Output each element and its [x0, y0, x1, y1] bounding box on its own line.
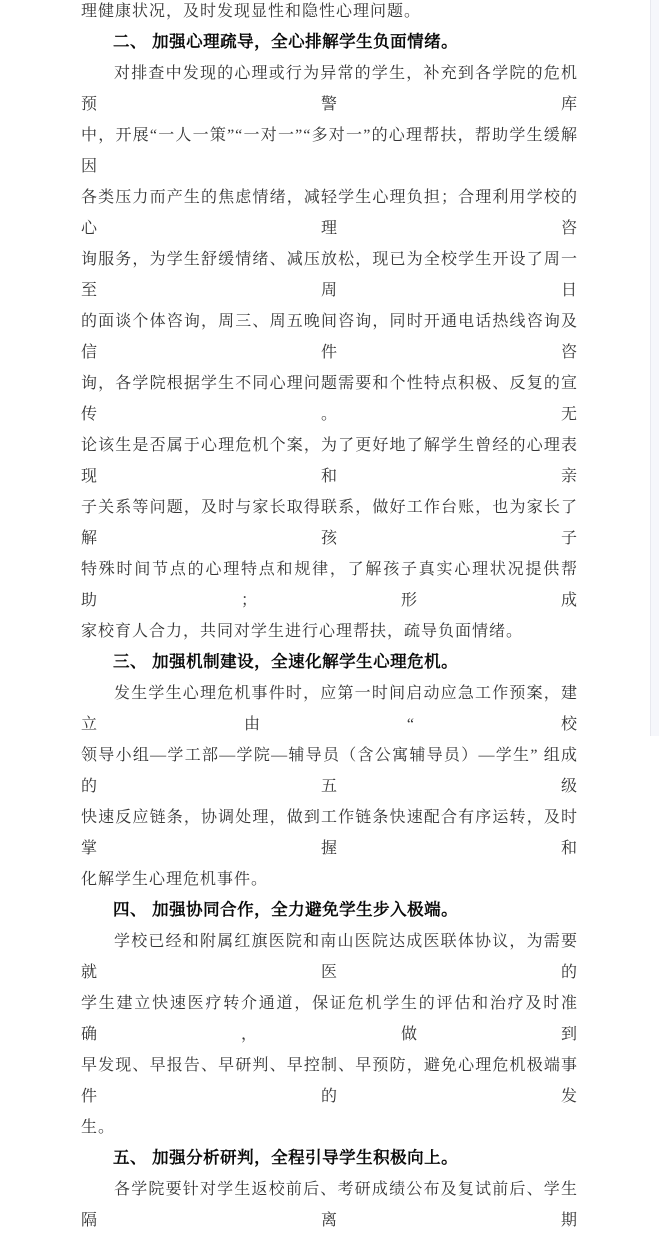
- document-page: 理健康状况，及时发现显性和隐性心理问题。 二、 加强心理疏导，全心排解学生负面情…: [0, 0, 650, 736]
- section-heading: 三、 加强机制建设，全速化解学生心理危机。: [81, 647, 578, 678]
- body-text-line: 子关系等问题，及时与家长取得联系，做好工作台账，也为家长了解孩子: [81, 492, 578, 554]
- page-edge: [650, 0, 659, 736]
- body-text-line: 询，各学院根据学生不同心理问题需要和个性特点积极、反复的宣传。无: [81, 368, 578, 430]
- body-text-line: 询服务，为学生舒缓情绪、减压放松，现已为全校学生开设了周一至周日: [81, 244, 578, 306]
- document-body: 理健康状况，及时发现显性和隐性心理问题。 二、 加强心理疏导，全心排解学生负面情…: [81, 0, 578, 736]
- body-text-line: 各类压力而产生的焦虑情绪，减轻学生心理负担；合理利用学校的心理咨: [81, 182, 578, 244]
- body-text-line: 对排查中发现的心理或行为异常的学生，补充到各学院的危机预警库: [81, 58, 578, 120]
- body-text-line: 特殊时间节点的心理特点和规律，了解孩子真实心理状况提供帮助；形成: [81, 554, 578, 616]
- body-text-line: 理健康状况，及时发现显性和隐性心理问题。: [81, 0, 578, 27]
- body-text-line: 家校育人合力，共同对学生进行心理帮扶，疏导负面情绪。: [81, 616, 578, 647]
- body-text-line: 中，开展“一人一策”“一对一”“多对一”的心理帮扶，帮助学生缓解因: [81, 120, 578, 182]
- body-text-line: 发生学生心理危机事件时，应第一时间启动应急工作预案，建立由“校: [81, 678, 578, 736]
- body-text-line: 论该生是否属于心理危机个案，为了更好地了解学生曾经的心理表现和亲: [81, 430, 578, 492]
- body-text-line: 的面谈个体咨询，周三、周五晚间咨询，同时开通电话热线咨询及信件咨: [81, 306, 578, 368]
- section-heading: 二、 加强心理疏导，全心排解学生负面情绪。: [81, 27, 578, 58]
